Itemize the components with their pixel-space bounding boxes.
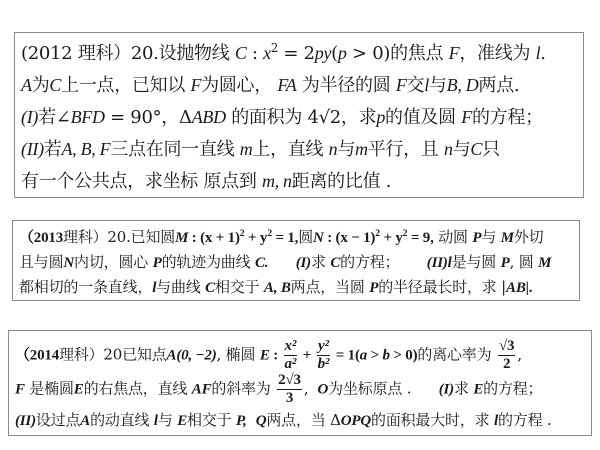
problem-2012-line-5: 有一个公共点，求坐标 原点到 m, n距离的比值 .	[21, 167, 391, 193]
fraction-eccentricity: √32	[498, 339, 515, 372]
part-1-label: (I)	[439, 382, 454, 398]
problem-2014-box: （2014理科）20已知点A(0, −2), 椭圆 E : x²a² + y²b…	[8, 330, 592, 436]
problem-2014-line-3: (II)设过点A的动直线 l与 E相交于 P, Q两点，当 ΔOPQ的面积最大时…	[15, 409, 552, 430]
year-tag: （2013	[19, 230, 63, 246]
part-2-label: (II)	[427, 255, 448, 271]
fraction-y2-b2: y²b²	[317, 339, 331, 372]
part-1-label: (I)	[296, 255, 311, 271]
problem-2012-part-1: (I)若∠BFD = 90°，ΔABD 的面积为 4√2，求p的值及圆 F的方程…	[21, 103, 543, 129]
year-tag: （2014	[15, 348, 59, 364]
problem-2012-line-1: (2012 理科）20.设抛物线 C : x2 = 2py(p > 0)的焦点 …	[21, 39, 546, 65]
problem-2013-line-2: 且与圆N内切，圆心 P的轨迹为曲线 C. (I)求 C的方程； (II)l是与圆…	[19, 251, 551, 272]
fraction-slope: 2√33	[277, 373, 302, 406]
part-2-label: (II)	[15, 413, 36, 429]
problem-2013-box: （2013理科）20.已知圆M : (x + 1)2 + y2 = 1,圆N :…	[12, 220, 580, 301]
problem-2014-line-1: （2014理科）20已知点A(0, −2), 椭圆 E : x²a² + y²b…	[15, 339, 522, 372]
problem-2012-line-2: A为C上一点，已知以 F为圆心， FA 为半径的圆 F交l与B, D两点.	[21, 71, 519, 97]
fraction-x2-a2: x²a²	[284, 339, 298, 372]
problem-2013-line-3: 都相切的一条直线，l与曲线 C相交于 A, B两点，当圆 P的半径最长时，求 |…	[19, 276, 532, 297]
problem-2013-line-1: （2013理科）20.已知圆M : (x + 1)2 + y2 = 1,圆N :…	[19, 226, 543, 247]
year-tag: (2012 理科）	[21, 43, 131, 64]
problem-2012-box: (2012 理科）20.设抛物线 C : x2 = 2py(p > 0)的焦点 …	[14, 32, 584, 198]
problem-2012-part-2: (II)若A, B, F三点在同一直线 m上，直线 n与m平行，且 n与C只	[21, 135, 500, 161]
problem-2014-line-2: F 是椭圆E的右焦点，直线 AF的斜率为 2√33, O为坐标原点 . (I)求…	[15, 373, 542, 406]
